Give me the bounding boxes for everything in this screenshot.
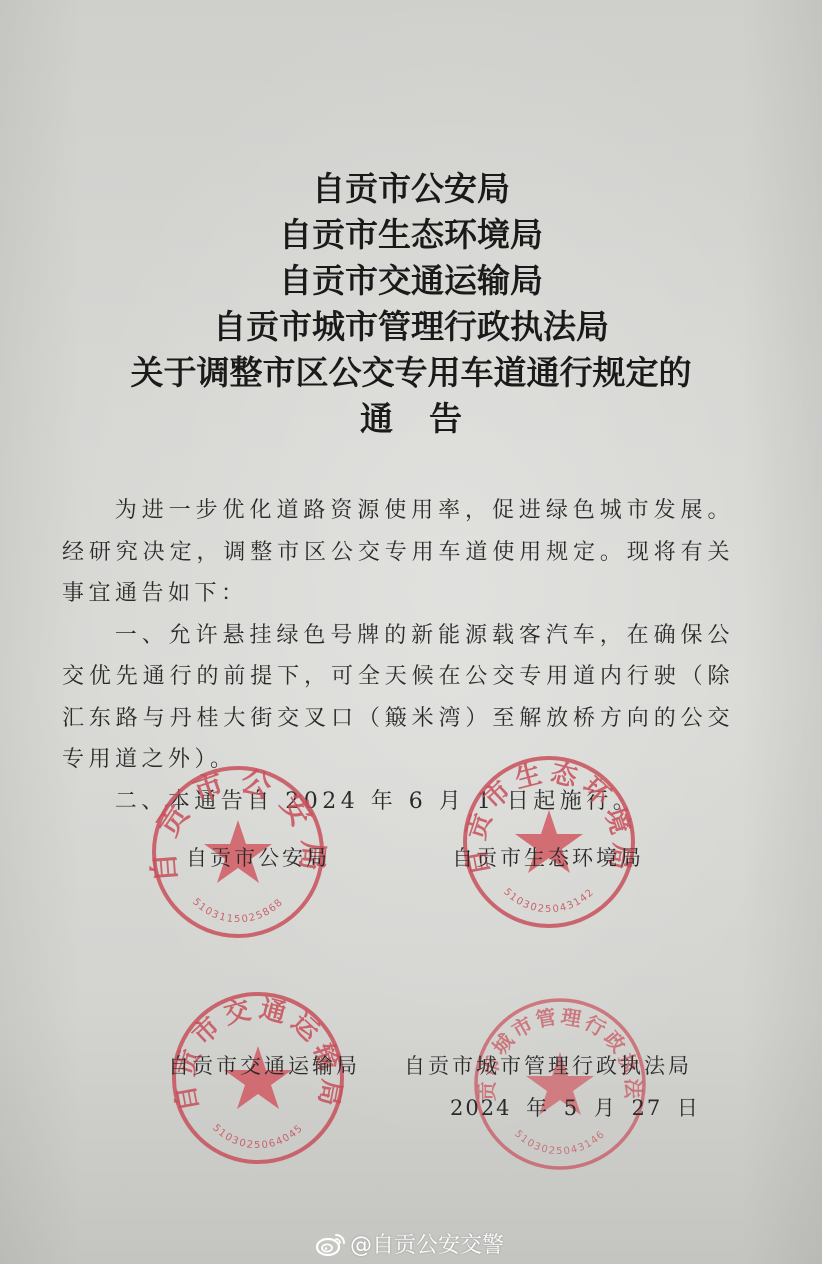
- signatory-urban-management: 自贡市城市管理行政执法局: [404, 1050, 692, 1080]
- document-title: 自贡市公安局 自贡市生态环境局 自贡市交通运输局 自贡市城市管理行政执法局 关于…: [0, 166, 822, 442]
- document-body: 为进一步优化道路资源使用率，促进绿色城市发展。经研究决定，调整市区公交专用车道使…: [62, 490, 734, 822]
- title-line-subject: 关于调整市区公交专用车道通行规定的: [0, 350, 822, 396]
- signatory-ecology-environment: 自贡市生态环境局: [452, 842, 644, 872]
- title-line-transport: 自贡市交通运输局: [0, 258, 822, 304]
- weibo-icon: [316, 1231, 346, 1257]
- svg-text:5103025043146: 5103025043146: [512, 1129, 608, 1158]
- title-line-ecology: 自贡市生态环境局: [0, 212, 822, 258]
- title-line-urban-management: 自贡市城市管理行政执法局: [0, 304, 822, 350]
- clause-one-paragraph: 一、允许悬挂绿色号牌的新能源载客汽车，在确保公交优先通行的前提下，可全天候在公交…: [62, 615, 734, 781]
- seal-urban-management: 自贡市城市管理行政执法局 5103025043146: [470, 994, 650, 1174]
- title-line-public-security: 自贡市公安局: [0, 166, 822, 212]
- title-line-notice: 通告: [0, 396, 822, 442]
- signatory-public-security: 自贡市公安局: [186, 842, 330, 872]
- svg-text:5103115025868: 5103115025868: [190, 897, 286, 926]
- watermark-handle: @自贡公安交警: [350, 1228, 504, 1259]
- official-seal-icon: 自贡市城市管理行政执法局 5103025043146: [470, 994, 650, 1174]
- issue-date: 2024 年 5 月 27 日: [450, 1092, 700, 1122]
- svg-text:自贡市城市管理行政执法局: 自贡市城市管理行政执法局: [459, 975, 646, 1102]
- weibo-watermark: @自贡公安交警: [316, 1228, 504, 1259]
- clause-two-paragraph: 二、本通告自 2024 年 6 月 1 日起施行。: [62, 781, 734, 823]
- signatory-transport: 自贡市交通运输局: [168, 1050, 360, 1080]
- svg-text:5103025043142: 5103025043142: [501, 887, 597, 916]
- intro-paragraph: 为进一步优化道路资源使用率，促进绿色城市发展。经研究决定，调整市区公交专用车道使…: [62, 490, 734, 615]
- svg-text:5103025064045: 5103025064045: [210, 1123, 306, 1152]
